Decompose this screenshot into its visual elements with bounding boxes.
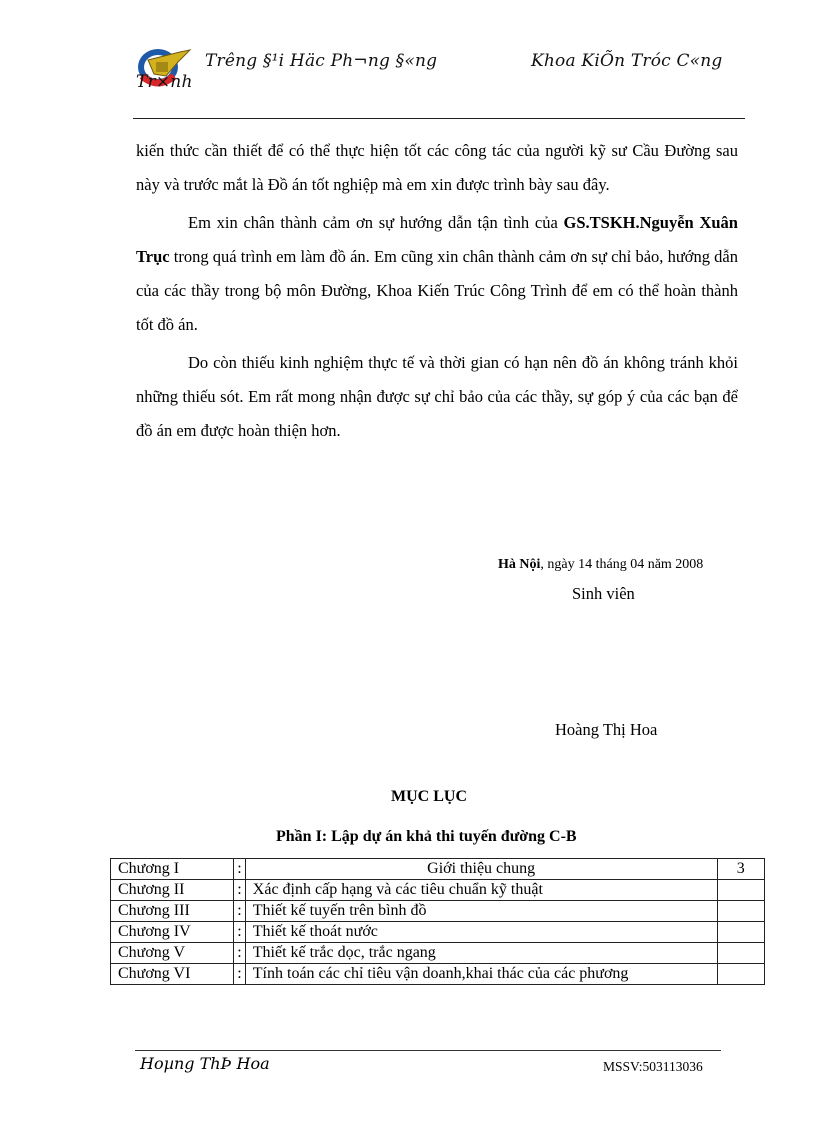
footer-student-id: MSSV:503113036 — [603, 1059, 703, 1075]
toc-chapter-title: Tính toán các chỉ tiêu vận doanh,khai th… — [245, 964, 717, 985]
header-school-name: Trêng §¹i Häc Ph¬ng §«ng — [205, 51, 437, 71]
toc-page-number — [717, 901, 765, 922]
toc-separator: : — [234, 922, 246, 943]
toc-row: Chương VI:Tính toán các chỉ tiêu vận doa… — [111, 964, 765, 985]
toc-chapter-title: Thiết kế thoát nước — [245, 922, 717, 943]
toc-separator: : — [234, 901, 246, 922]
footer-divider — [135, 1050, 721, 1051]
date-text: , ngày 14 tháng 04 năm 2008 — [540, 557, 703, 572]
toc-chapter: Chương IV — [111, 922, 234, 943]
toc-page-number — [717, 964, 765, 985]
header-faculty-name: Khoa KiÕn Tróc C«ng — [531, 51, 723, 71]
toc-chapter: Chương II — [111, 880, 234, 901]
toc-chapter: Chương V — [111, 943, 234, 964]
toc-chapter-title: Thiết kế trắc dọc, trắc ngang — [245, 943, 717, 964]
toc-page-number — [717, 943, 765, 964]
toc-row: Chương IV:Thiết kế thoát nước — [111, 922, 765, 943]
toc-page-number: 3 — [717, 859, 765, 880]
toc-row: Chương II:Xác định cấp hạng và các tiêu … — [111, 880, 765, 901]
paragraph-2-rest: trong quá trình em làm đồ án. Em cũng xi… — [136, 247, 738, 334]
date-line: Hà Nội, ngày 14 tháng 04 năm 2008 — [498, 557, 703, 573]
toc-part-title: Phần I: Lập dự án khả thi tuyến đường C-… — [276, 828, 577, 846]
toc-chapter-title: Giới thiệu chung — [245, 859, 717, 880]
header-faculty-wrap: Tr×nh — [136, 72, 193, 92]
toc-page-number — [717, 922, 765, 943]
paragraph-1: kiến thức cần thiết để có thể thực hiện … — [136, 134, 738, 202]
toc-separator: : — [234, 943, 246, 964]
toc-chapter: Chương III — [111, 901, 234, 922]
footer-author: Hoµng ThÞ Hoa — [140, 1054, 270, 1073]
paragraph-2-intro: Em xin chân thành cảm ơn sự hướng dẫn tậ… — [188, 213, 564, 232]
toc-separator: : — [234, 859, 246, 880]
toc-separator: : — [234, 964, 246, 985]
date-place: Hà Nội — [498, 557, 540, 572]
toc-chapter: Chương I — [111, 859, 234, 880]
paragraph-3: Do còn thiếu kinh nghiệm thực tế và thời… — [136, 346, 738, 448]
toc-table: Chương I:Giới thiệu chung3Chương II:Xác … — [110, 858, 765, 985]
toc-row: Chương III:Thiết kế tuyến trên bình đồ — [111, 901, 765, 922]
toc-row: Chương V:Thiết kế trắc dọc, trắc ngang — [111, 943, 765, 964]
toc-separator: : — [234, 880, 246, 901]
signature-role: Sinh viên — [572, 584, 635, 604]
signature-name: Hoàng Thị Hoa — [555, 720, 657, 740]
toc-chapter: Chương VI — [111, 964, 234, 985]
paragraph-2: Em xin chân thành cảm ơn sự hướng dẫn tậ… — [136, 206, 738, 342]
toc-chapter-title: Xác định cấp hạng và các tiêu chuẩn kỹ t… — [245, 880, 717, 901]
toc-chapter-title: Thiết kế tuyến trên bình đồ — [245, 901, 717, 922]
toc-title: MỤC LỤC — [391, 788, 467, 806]
body-text: kiến thức cần thiết để có thể thực hiện … — [136, 134, 738, 448]
toc-page-number — [717, 880, 765, 901]
toc-row: Chương I:Giới thiệu chung3 — [111, 859, 765, 880]
header-divider — [133, 118, 745, 119]
